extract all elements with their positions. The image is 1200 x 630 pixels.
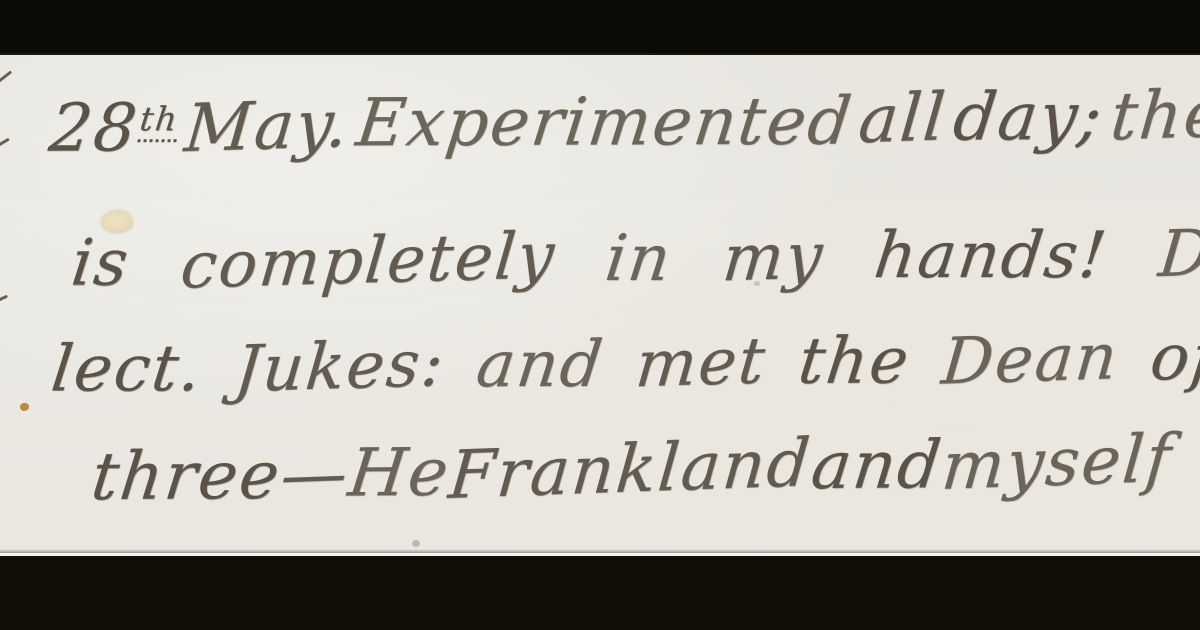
handwriting-word: all (856, 84, 950, 153)
handwriting-word: my (720, 224, 827, 291)
paper-bottom-edge (0, 553, 1200, 556)
handwriting-word-cutoff: the (1108, 81, 1200, 151)
cut-off-stroke (0, 70, 12, 82)
handwriting-word: May. (182, 91, 352, 162)
handwriting-word: and (473, 333, 607, 397)
date-number: 28 (46, 89, 143, 166)
handwriting-word: day; (950, 84, 1107, 151)
handwriting-word-cutoff: D (1156, 221, 1200, 287)
handwriting-dash: — (278, 440, 352, 509)
photo-background: 28th May. Experimented all day; the is c… (0, 0, 1200, 630)
handwriting-word: met (633, 329, 769, 397)
handwriting-line-3: lect. Jukes: and met the Dean of (52, 326, 1200, 402)
paper-speck-rust (20, 403, 29, 411)
handwriting-word: completely (178, 224, 559, 299)
handwriting-word: three (88, 443, 284, 510)
handwriting-word: hands! (871, 224, 1111, 288)
handwriting-line-4: three — He Frankland and myself (92, 429, 1103, 511)
handwriting-word: in (602, 227, 676, 291)
cut-off-stroke (0, 138, 10, 148)
handwriting-word: myself (939, 426, 1175, 500)
handwriting-word: Jukes: (232, 332, 448, 402)
handwriting-line-1: 28th May. Experimented all day; the (50, 82, 1200, 162)
handwriting-word: Frankland (447, 430, 815, 509)
ordinal-suffix: th (137, 99, 181, 142)
handwriting-word-cutoff: of (1147, 326, 1200, 390)
cut-off-stroke (0, 295, 8, 303)
manuscript-paper: 28th May. Experimented all day; the is c… (0, 55, 1200, 553)
handwriting-word: Dean (939, 325, 1121, 394)
handwriting-word: lect. (48, 337, 206, 401)
handwriting-word: He (345, 440, 453, 507)
handwriting-line-2: is completely in my hands! D (72, 222, 1200, 296)
handwriting-word: and (808, 432, 946, 499)
handwriting-word: the (795, 330, 914, 394)
handwriting-word: Experimented (353, 89, 856, 157)
paper-speck-gray (412, 540, 420, 547)
handwriting-word-date: 28th (46, 95, 181, 161)
handwriting-word: is (68, 232, 133, 296)
